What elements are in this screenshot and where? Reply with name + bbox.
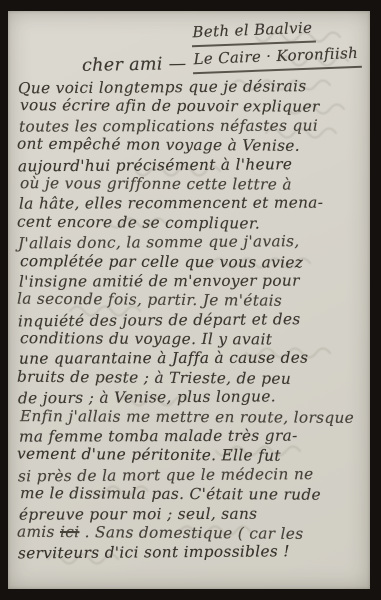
letter-line: J'allais donc, la somme que j'avais,	[18, 232, 366, 254]
letter-line: une quarantaine à Jaffa à cause des	[19, 349, 367, 370]
letter-line: aujourd'hui précisément à l'heure	[18, 154, 366, 176]
letter-line: si près de la mort que le médecin ne	[18, 464, 366, 486]
letter-paper: Beth el Baalvie Le Caire · Koronfiish ch…	[8, 11, 370, 589]
letter-line: me le dissimula pas. C'était une rude	[20, 484, 368, 505]
line-fragment: amis	[17, 523, 60, 541]
letter-line: épreuve pour moi ; seul, sans	[19, 504, 367, 525]
letter-line: complétée par celle que vous aviez	[20, 252, 368, 273]
line-fragment: . Sans domestique ( car les	[79, 523, 303, 543]
letter-salutation: cher ami —	[82, 54, 187, 76]
struck-word: ici	[60, 523, 80, 541]
letter-line: toutes les complications néfastes qui	[19, 116, 367, 137]
letter-line: la seconde fois, partir. Je m'étais	[17, 290, 365, 312]
letter-header-address: Beth el Baalvie Le Caire · Koronfiish	[191, 15, 362, 74]
letter-line: ma femme tomba malade très gra-	[19, 426, 367, 447]
letter-line: vement d'une péritonite. Elle fut	[17, 445, 365, 467]
letter-line: la hâte, elles recommencent et mena-	[19, 194, 367, 215]
scan-background: Beth el Baalvie Le Caire · Koronfiish ch…	[0, 0, 381, 600]
letter-line: Enfin j'allais me mettre en route, lorsq…	[20, 407, 368, 428]
letter-line: ont empêché mon voyage à Venise.	[17, 135, 365, 157]
letter-line: où je vous griffonne cette lettre à	[20, 174, 368, 195]
letter-line: serviteurs d'ici sont impossibles !	[18, 542, 366, 564]
letter-body: Que voici longtemps que je désirais vous…	[18, 78, 366, 563]
address-line-2: Le Caire · Koronfiish	[192, 42, 362, 74]
letter-line: inquiété des jours de départ et des	[18, 309, 366, 331]
letter-line: de jours ; à Venise, plus longue.	[18, 387, 366, 409]
letter-line: l'insigne amitié de m'envoyer pour	[19, 271, 367, 292]
letter-line: vous écrire afin de pouvoir expliquer	[20, 96, 368, 117]
letter-line: conditions du voyage. Il y avait	[20, 329, 368, 350]
address-line-1: Beth el Baalvie	[191, 17, 316, 48]
